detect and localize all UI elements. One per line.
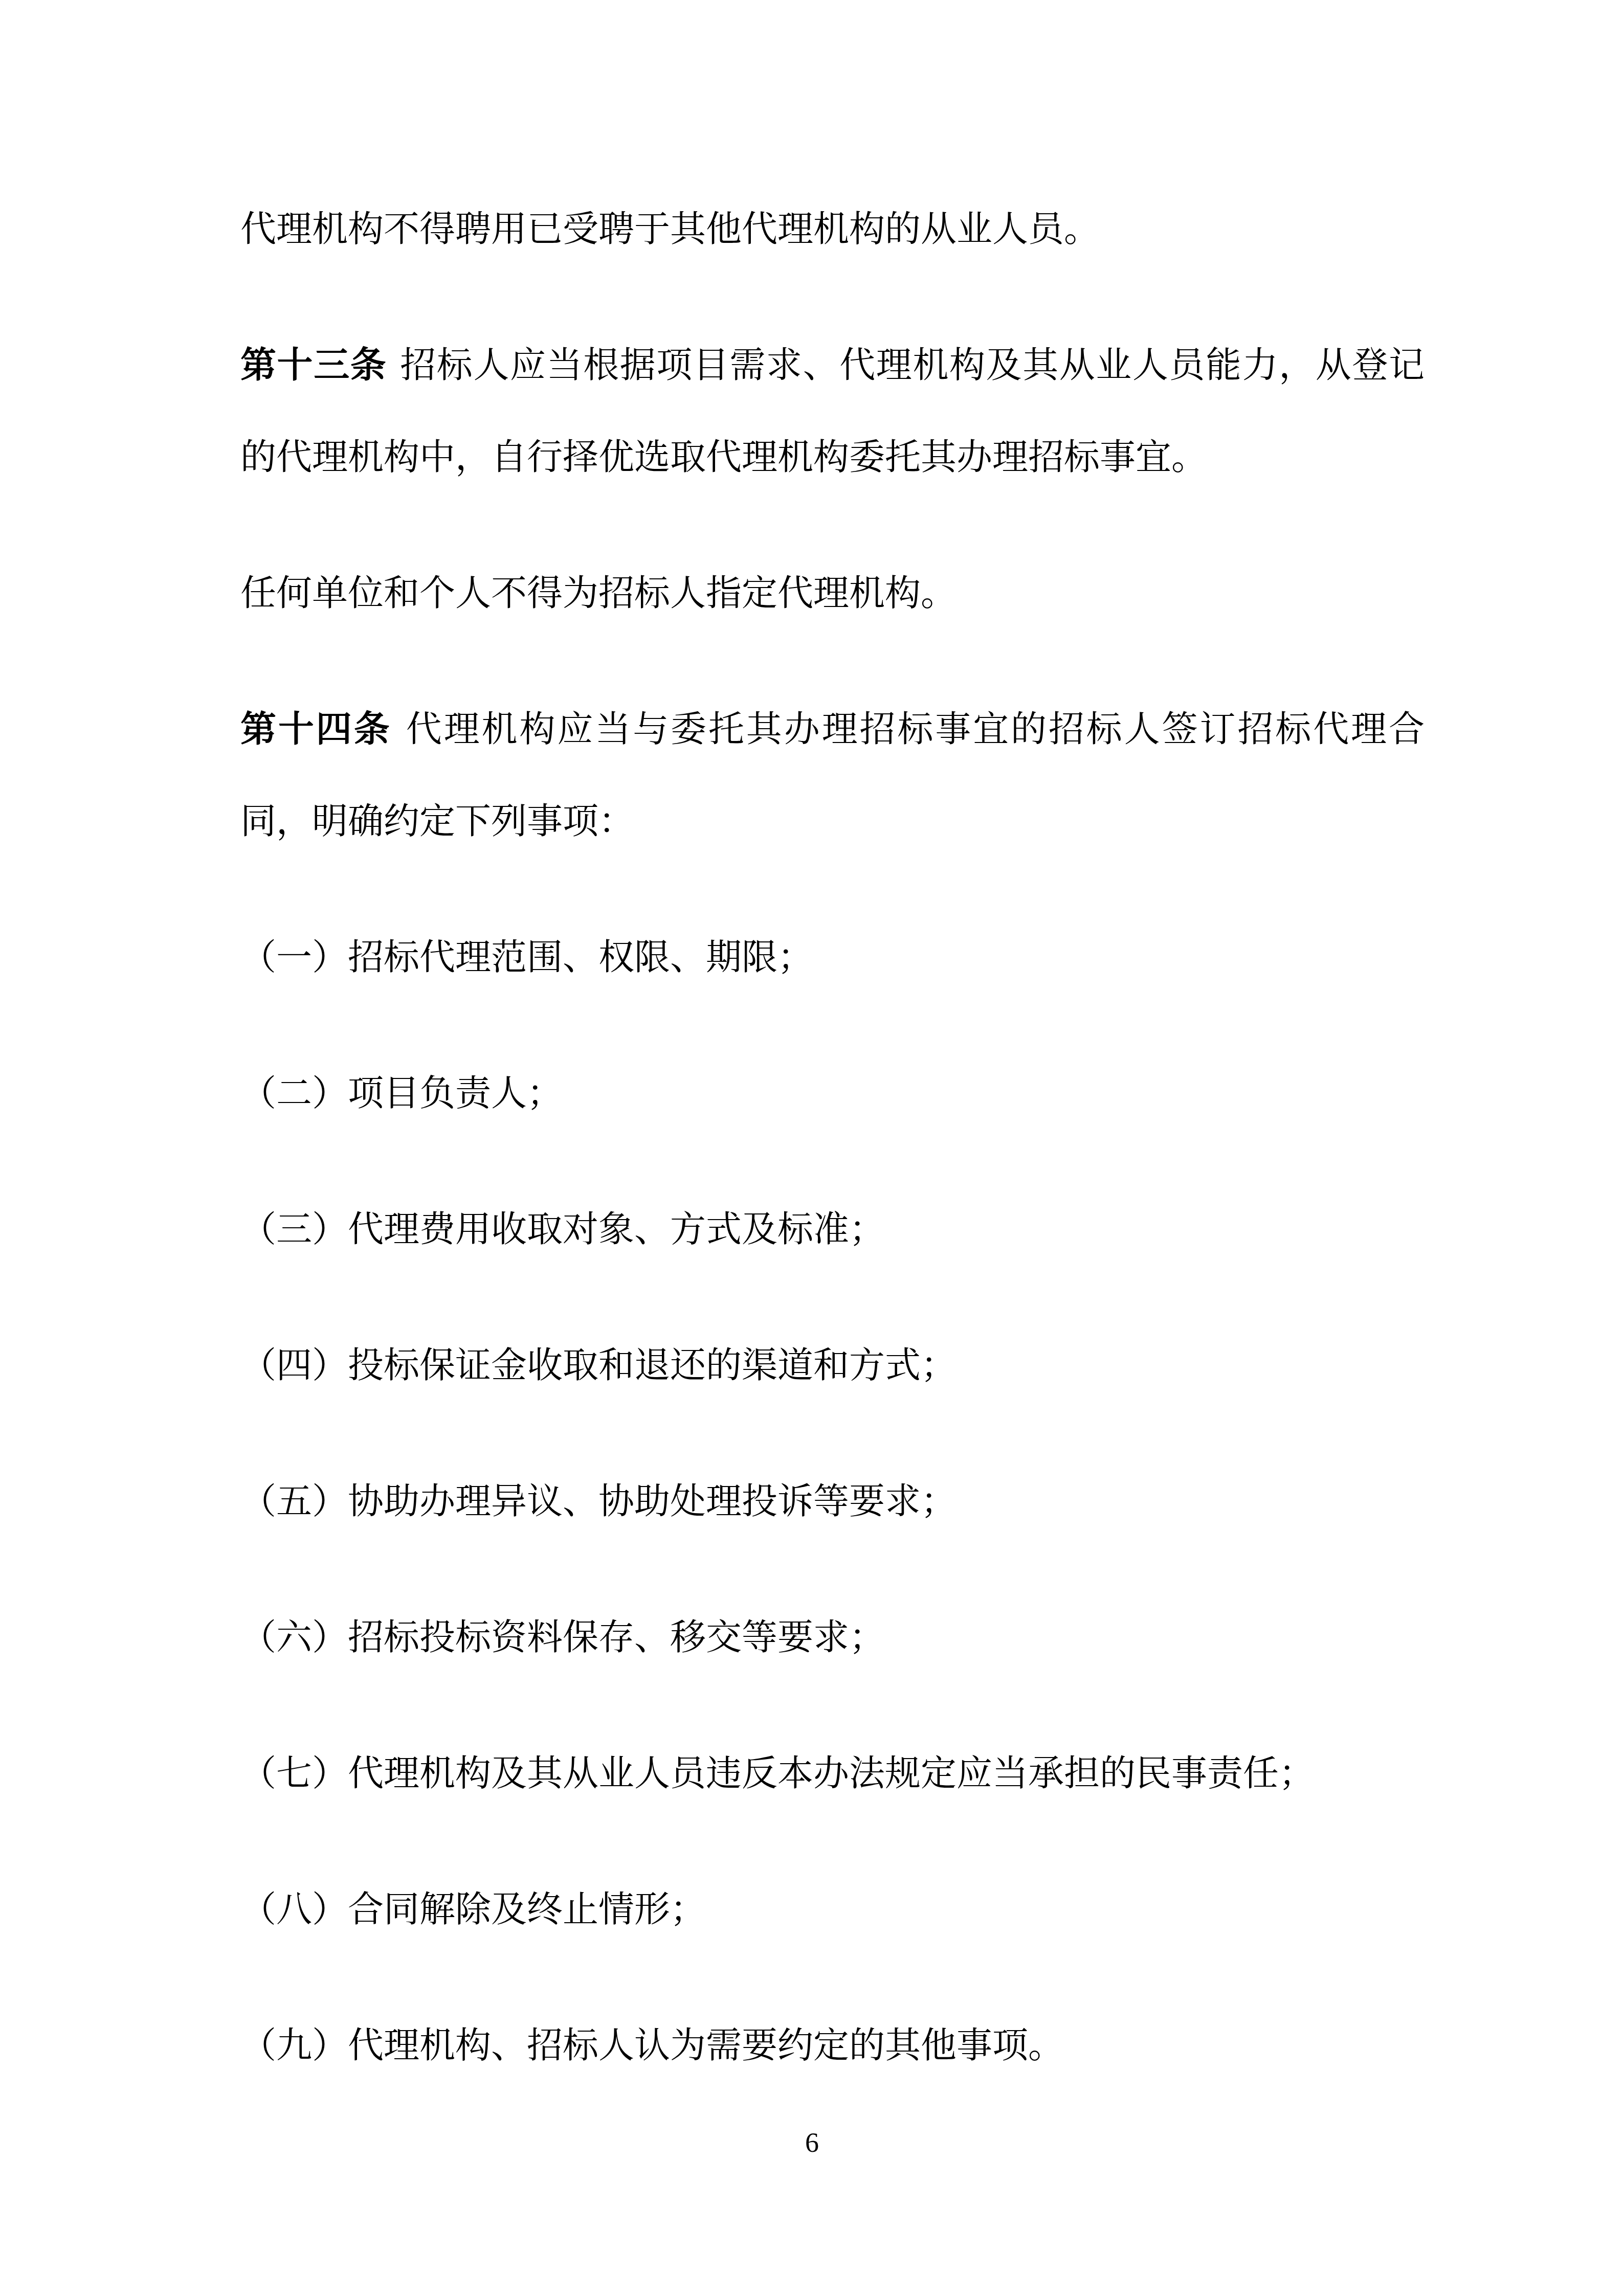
paragraph-article-13: 第十三条 招标人应当根据项目需求、代理机构及其从业人员能力，从登记的代理机构中，… bbox=[240, 319, 1425, 503]
paragraph-article-14: 第十四条 代理机构应当与委托其办理招标事宜的招标人签订招标代理合同，明确约定下列… bbox=[240, 683, 1425, 867]
paragraph-text: （八）合同解除及终止情形； bbox=[240, 1888, 706, 1930]
paragraph-text: 代理机构不得聘用已受聘于其他代理机构的从业人员。 bbox=[240, 208, 1100, 250]
paragraph-text: （四）投标保证金收取和退还的渠道和方式； bbox=[240, 1344, 956, 1386]
paragraph-text: 代理机构应当与委托其办理招标事宜的招标人签订招标代理合同，明确约定下列事项： bbox=[240, 708, 1425, 842]
paragraph: 代理机构不得聘用已受聘于其他代理机构的从业人员。 bbox=[240, 183, 1425, 275]
list-item-7: （七）代理机构及其从业人员违反本办法规定应当承担的民事责任； bbox=[240, 1727, 1425, 1819]
list-item-6: （六）招标投标资料保存、移交等要求； bbox=[240, 1591, 1425, 1683]
paragraph-text: （二）项目负责人； bbox=[240, 1072, 563, 1114]
list-item-9: （九）代理机构、招标人认为需要约定的其他事项。 bbox=[240, 1999, 1425, 2091]
list-item-4: （四）投标保证金收取和退还的渠道和方式； bbox=[240, 1319, 1425, 1411]
paragraph-text: 任何单位和个人不得为招标人指定代理机构。 bbox=[240, 572, 956, 614]
list-item-3: （三）代理费用收取对象、方式及标准； bbox=[240, 1183, 1425, 1275]
paragraph-text: （九）代理机构、招标人认为需要约定的其他事项。 bbox=[240, 2024, 1064, 2066]
paragraph-text: （七）代理机构及其从业人员违反本办法规定应当承担的民事责任； bbox=[240, 1752, 1315, 1794]
page-number: 6 bbox=[0, 2122, 1624, 2163]
article-label: 第十四条 bbox=[240, 708, 406, 750]
paragraph-text: （五）协助办理异议、协助处理投诉等要求； bbox=[240, 1480, 956, 1522]
document-page: 代理机构不得聘用已受聘于其他代理机构的从业人员。 第十三条 招标人应当根据项目需… bbox=[0, 0, 1624, 2296]
paragraph-text: （一）招标代理范围、权限、期限； bbox=[240, 936, 813, 978]
list-item-2: （二）项目负责人； bbox=[240, 1047, 1425, 1139]
article-label: 第十三条 bbox=[240, 344, 400, 386]
paragraph-text: 招标人应当根据项目需求、代理机构及其从业人员能力，从登记的代理机构中，自行择优选… bbox=[240, 344, 1425, 478]
list-item-8: （八）合同解除及终止情形； bbox=[240, 1863, 1425, 1955]
list-item-5: （五）协助办理异议、协助处理投诉等要求； bbox=[240, 1455, 1425, 1547]
list-item-1: （一）招标代理范围、权限、期限； bbox=[240, 911, 1425, 1003]
paragraph-text: （六）招标投标资料保存、移交等要求； bbox=[240, 1616, 885, 1658]
paragraph: 任何单位和个人不得为招标人指定代理机构。 bbox=[240, 547, 1425, 639]
document-body: 代理机构不得聘用已受聘于其他代理机构的从业人员。 第十三条 招标人应当根据项目需… bbox=[240, 183, 1425, 2091]
paragraph-text: （三）代理费用收取对象、方式及标准； bbox=[240, 1208, 885, 1250]
